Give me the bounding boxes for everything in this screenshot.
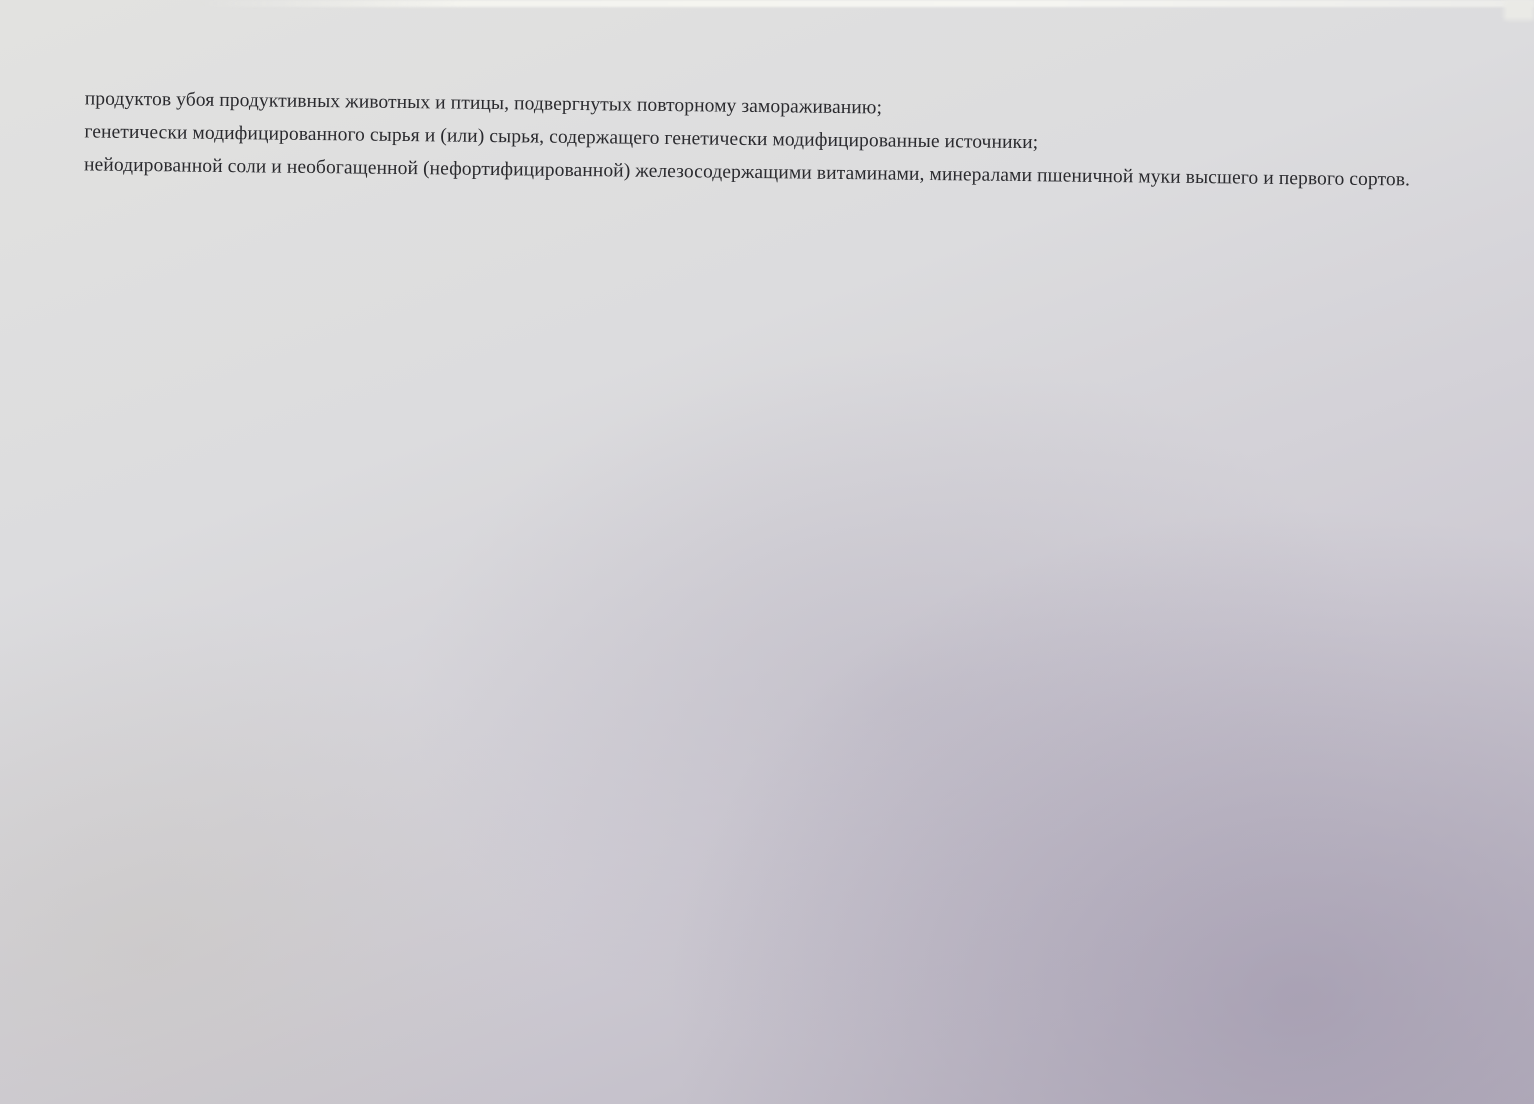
paper-page: продуктов убоя продуктивных животных и п…	[0, 0, 1534, 1104]
document-body: продуктов убоя продуктивных животных и п…	[49, 82, 1450, 197]
paper-corner	[1504, 0, 1534, 20]
paper-top-edge	[200, 0, 1534, 7]
